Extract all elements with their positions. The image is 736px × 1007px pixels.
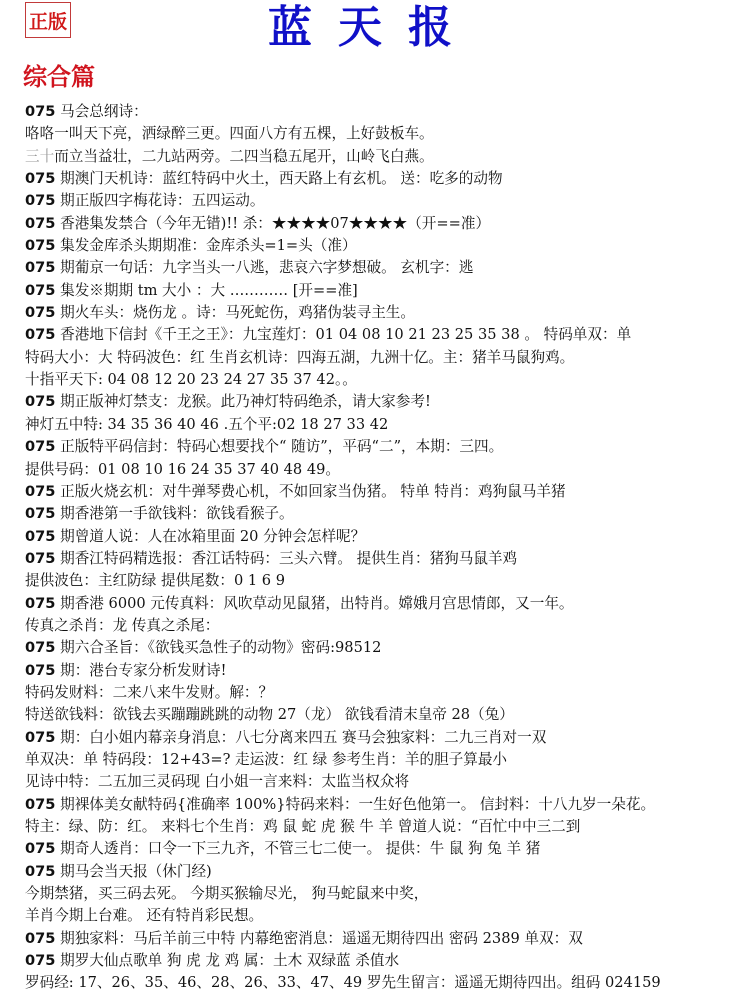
- text-line: 075 期香港 6000 元传真料：风吹草动见鼠猪，出特肖。嫦娥月宫思情郎，又一…: [25, 593, 730, 615]
- text-line: 神灯五中特: 34 35 36 40 46 .五个平:02 18 27 33 4…: [25, 414, 730, 436]
- issue-number: 075: [25, 662, 55, 679]
- line-text: 提供波色：主红防绿 提供尾数：0 1 6 9: [25, 572, 285, 589]
- text-line: 075 香港地下信封《千王之王》：九宝莲灯：01 04 08 10 21 23 …: [25, 324, 730, 346]
- issue-number: 075: [25, 438, 55, 455]
- text-line: 075 期正版四字梅花诗：五四运动。: [25, 190, 730, 212]
- line-text: 正版特平码信封：特码心想要找个“ 随访”，平码“二”，本期：三四。: [55, 438, 503, 455]
- text-line: 075 期澳门天机诗：蓝红特码中火土，西天路上有玄机。 送：吃多的动物: [25, 168, 730, 190]
- line-text: 期香江特码精选报：香江话特码：三头六臂。 提供生肖：猪狗马鼠羊鸡: [55, 550, 517, 567]
- text-line: 见诗中特：二五加三灵码现 白小姐一言来料：太监当权众将: [25, 771, 730, 793]
- issue-number: 075: [25, 729, 55, 746]
- line-text: 期曾道人说：人在冰箱里面 20 分钟会怎样呢？: [55, 528, 365, 545]
- line-text: 集发※期期 tm 大小 ：大 ………… [开==准]: [55, 282, 357, 299]
- text-line: 075 期：白小姐内幕亲身消息：八七分离来四五 赛马会独家料：二九三肖对一双: [25, 727, 730, 749]
- line-text: 期六合圣旨：《欲钱买急性子的动物》密码:98512: [55, 639, 381, 656]
- text-line: 传真之杀肖：龙 传真之杀尾：: [25, 615, 730, 637]
- text-line: 075 正版火烧玄机：对牛弹琴费心机，不如回家当伪猪。 特单 特肖：鸡狗鼠马羊猪: [25, 481, 730, 503]
- official-edition-badge: 正版: [25, 2, 71, 38]
- line-text: 特送欲钱料：欲钱去买蹦蹦跳跳的动物 27（龙） 欲钱看清末皇帝 28（兔）: [25, 706, 514, 723]
- issue-number: 075: [25, 483, 55, 500]
- text-line: 075 期奇人透肖：口令一下三九齐，不管三七二使一。 提供：牛 鼠 狗 兔 羊 …: [25, 838, 730, 860]
- line-text: 特码大小：大 特码波色：红 生肖玄机诗：四海五湖，九洲十亿。主：猪羊马鼠狗鸡。: [25, 349, 574, 366]
- line-text: 期罗大仙点歌单 狗 虎 龙 鸡 属：土木 双绿蓝 杀值水: [55, 952, 399, 969]
- line-text: 咯咯一叫天下亮，洒绿醉三更。四面八方有五棵，上好鼓板车。: [25, 125, 434, 142]
- issue-number: 075: [25, 215, 55, 232]
- text-line: 075 期独家料：马后羊前三中特 内幕绝密消息：遥遥无期待四出 密码 2389 …: [25, 928, 730, 950]
- faded-text: 三十: [25, 148, 54, 165]
- line-text: 马会总纲诗：: [55, 103, 147, 120]
- issue-number: 075: [25, 528, 55, 545]
- text-line: 075 期火车头：烧伤龙 。诗：马死蛇伤，鸡猪伪装寻主生。: [25, 302, 730, 324]
- line-text: 集发金库杀头期期准：金库杀头=1=头（准）: [55, 237, 356, 254]
- text-line: 三十而立当益壮，二九站两旁。二四当稳五尾开，山岭飞白燕。: [25, 146, 730, 168]
- page-title: 蓝天报: [268, 0, 478, 56]
- issue-number: 075: [25, 259, 55, 276]
- issue-number: 075: [25, 952, 55, 969]
- content-body: 075 马会总纲诗：咯咯一叫天下亮，洒绿醉三更。四面八方有五棵，上好鼓板车。三十…: [25, 101, 730, 995]
- line-text: 香港地下信封《千王之王》：九宝莲灯：01 04 08 10 21 23 25 3…: [55, 326, 631, 343]
- line-text: 特码发财料：二来八来牛发财。解：？: [25, 684, 273, 701]
- issue-number: 075: [25, 393, 55, 410]
- text-line: 特码大小：大 特码波色：红 生肖玄机诗：四海五湖，九洲十亿。主：猪羊马鼠狗鸡。: [25, 347, 730, 369]
- line-text: 见诗中特：二五加三灵码现 白小姐一言来料：太监当权众将: [25, 773, 409, 790]
- line-text: 期独家料：马后羊前三中特 内幕绝密消息：遥遥无期待四出 密码 2389 单双：双: [55, 930, 582, 947]
- text-line: 075 期六合圣旨：《欲钱买急性子的动物》密码:98512: [25, 637, 730, 659]
- text-line: 075 马会总纲诗：: [25, 101, 730, 123]
- text-line: 075 期：港台专家分析发财诗!: [25, 660, 730, 682]
- text-line: 特送欲钱料：欲钱去买蹦蹦跳跳的动物 27（龙） 欲钱看清末皇帝 28（兔）: [25, 704, 730, 726]
- issue-number: 075: [25, 796, 55, 813]
- text-line: 特主：绿、防：红。 来料七个生肖：鸡 鼠 蛇 虎 猴 牛 羊 曾道人说：“百忙中…: [25, 816, 730, 838]
- text-line: 075 期曾道人说：人在冰箱里面 20 分钟会怎样呢？: [25, 526, 730, 548]
- text-line: 075 期葡京一句话：九字当头一八逃，悲哀六字梦想破。 玄机字：逃: [25, 257, 730, 279]
- text-line: 提供波色：主红防绿 提供尾数：0 1 6 9: [25, 570, 730, 592]
- issue-number: 075: [25, 103, 55, 120]
- issue-number: 075: [25, 170, 55, 187]
- issue-number: 075: [25, 505, 55, 522]
- line-text: 期正版神灯禁支：龙猴。此乃神灯特码绝杀，请大家参考!: [55, 393, 430, 410]
- text-line: 075 期裸体美女献特码{准确率 100%}特码来料：一生好色他第一。 信封料：…: [25, 794, 730, 816]
- issue-number: 075: [25, 237, 55, 254]
- text-line: 075 香港集发禁合（今年无错)!! 杀：★★★★07★★★★（开==准）: [25, 213, 730, 235]
- line-text: 罗码经: 17、26、35、46、28、26、33、47、49 罗先生留言：遥遥…: [25, 974, 661, 991]
- issue-number: 075: [25, 840, 55, 857]
- line-text: 期裸体美女献特码{准确率 100%}特码来料：一生好色他第一。 信封料：十八九岁…: [55, 796, 655, 813]
- line-text: 传真之杀肖：龙 传真之杀尾：: [25, 617, 219, 634]
- text-line: 十指平天下: 04 08 12 20 23 24 27 35 37 42。。: [25, 369, 730, 391]
- text-line: 咯咯一叫天下亮，洒绿醉三更。四面八方有五棵，上好鼓板车。: [25, 123, 730, 145]
- line-text: 期：港台专家分析发财诗!: [55, 662, 226, 679]
- line-text: 今期禁猪，买三码去死。 今期买猴输尽光， 狗马蛇鼠来中奖，: [25, 885, 428, 902]
- text-line: 075 期马会当天报（休门经): [25, 861, 730, 883]
- issue-number: 075: [25, 326, 55, 343]
- line-text: 期马会当天报（休门经): [55, 863, 211, 880]
- line-text: 期葡京一句话：九字当头一八逃，悲哀六字梦想破。 玄机字：逃: [55, 259, 473, 276]
- issue-number: 075: [25, 639, 55, 656]
- issue-number: 075: [25, 192, 55, 209]
- text-line: 075 正版特平码信封：特码心想要找个“ 随访”，平码“二”，本期：三四。: [25, 436, 730, 458]
- section-heading: 综合篇: [23, 60, 95, 94]
- text-line: 单双决：单 特码段：12+43=? 走运波：红 绿 参考生肖：羊的胆子算最小: [25, 749, 730, 771]
- text-line: 罗码经: 17、26、35、46、28、26、33、47、49 罗先生留言：遥遥…: [25, 972, 730, 994]
- line-text: 期香港第一手欲钱料：欲钱看猴子。: [55, 505, 293, 522]
- issue-number: 075: [25, 304, 55, 321]
- line-text: 期火车头：烧伤龙 。诗：马死蛇伤，鸡猪伪装寻主生。: [55, 304, 415, 321]
- line-text: 十指平天下: 04 08 12 20 23 24 27 35 37 42。。: [25, 371, 357, 388]
- text-line: 075 期罗大仙点歌单 狗 虎 龙 鸡 属：土木 双绿蓝 杀值水: [25, 950, 730, 972]
- line-text: 期澳门天机诗：蓝红特码中火土，西天路上有玄机。 送：吃多的动物: [55, 170, 502, 187]
- line-text: 正版火烧玄机：对牛弹琴费心机，不如回家当伪猪。 特单 特肖：鸡狗鼠马羊猪: [55, 483, 565, 500]
- line-text: 香港集发禁合（今年无错)!! 杀：★★★★07★★★★（开==准）: [55, 215, 490, 232]
- issue-number: 075: [25, 595, 55, 612]
- line-text: 特主：绿、防：红。 来料七个生肖：鸡 鼠 蛇 虎 猴 牛 羊 曾道人说：“百忙中…: [25, 818, 580, 835]
- line-text: 期香港 6000 元传真料：风吹草动见鼠猪，出特肖。嫦娥月宫思情郎，又一年。: [55, 595, 573, 612]
- line-text: 期：白小姐内幕亲身消息：八七分离来四五 赛马会独家料：二九三肖对一双: [55, 729, 546, 746]
- text-line: 提供号码：01 08 10 16 24 35 37 40 48 49。: [25, 459, 730, 481]
- text-line: 今期禁猪，买三码去死。 今期买猴输尽光， 狗马蛇鼠来中奖，: [25, 883, 730, 905]
- text-line: 羊肖今期上台难。 还有特肖彩民想。: [25, 905, 730, 927]
- issue-number: 075: [25, 550, 55, 567]
- text-line: 特码发财料：二来八来牛发财。解：？: [25, 682, 730, 704]
- text-line: 075 期正版神灯禁支：龙猴。此乃神灯特码绝杀，请大家参考!: [25, 391, 730, 413]
- issue-number: 075: [25, 863, 55, 880]
- text-line: 075 集发※期期 tm 大小 ：大 ………… [开==准]: [25, 280, 730, 302]
- line-text: 神灯五中特: 34 35 36 40 46 .五个平:02 18 27 33 4…: [25, 416, 388, 433]
- issue-number: 075: [25, 282, 55, 299]
- issue-number: 075: [25, 930, 55, 947]
- text-line: 075 集发金库杀头期期准：金库杀头=1=头（准）: [25, 235, 730, 257]
- line-text: 羊肖今期上台难。 还有特肖彩民想。: [25, 907, 263, 924]
- line-text: 而立当益壮，二九站两旁。二四当稳五尾开，山岭飞白燕。: [54, 148, 433, 165]
- line-text: 提供号码：01 08 10 16 24 35 37 40 48 49。: [25, 461, 340, 478]
- line-text: 期正版四字梅花诗：五四运动。: [55, 192, 264, 209]
- text-line: 075 期香港第一手欲钱料：欲钱看猴子。: [25, 503, 730, 525]
- line-text: 期奇人透肖：口令一下三九齐，不管三七二使一。 提供：牛 鼠 狗 兔 羊 猪: [55, 840, 540, 857]
- text-line: 075 期香江特码精选报：香江话特码：三头六臂。 提供生肖：猪狗马鼠羊鸡: [25, 548, 730, 570]
- line-text: 单双决：单 特码段：12+43=? 走运波：红 绿 参考生肖：羊的胆子算最小: [25, 751, 507, 768]
